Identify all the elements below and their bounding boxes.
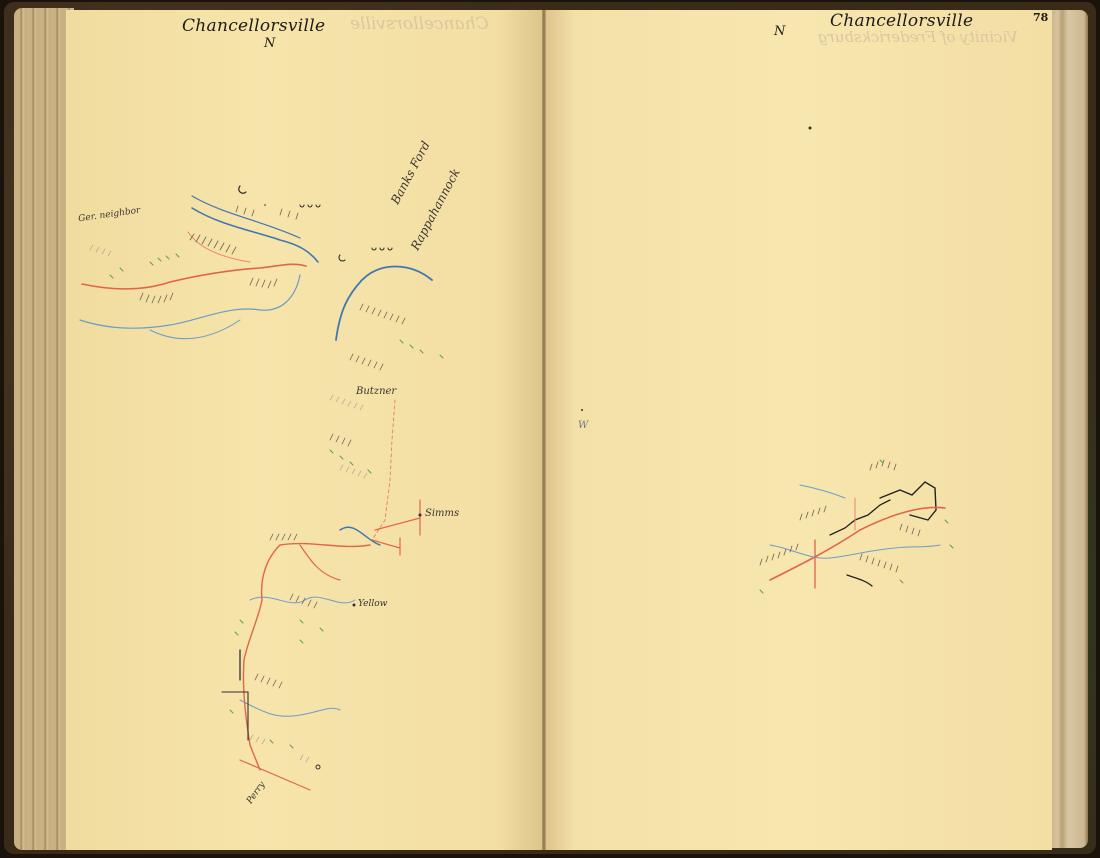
open-sketchbook: Chancellorsville Chancellorsville N Ger.… xyxy=(0,0,1100,858)
left-page-stack xyxy=(14,8,74,850)
right-page xyxy=(544,10,1052,850)
label-butzner: Butzner xyxy=(356,386,396,397)
label-simms: Simms xyxy=(425,508,459,519)
right-ghost-text: Vicinity of Fredericksburg xyxy=(818,28,1018,46)
right-page-stack xyxy=(1048,10,1088,848)
right-north-marker: N xyxy=(774,24,785,39)
label-yellow: Yellow xyxy=(358,599,387,609)
book-gutter xyxy=(542,10,546,850)
margin-mark: W xyxy=(578,420,588,431)
left-page-title: Chancellorsville xyxy=(182,16,325,36)
page-number: 78 xyxy=(1033,11,1048,24)
left-ghost-text: Chancellorsville xyxy=(350,14,489,34)
left-page xyxy=(66,10,544,850)
left-north-marker: N xyxy=(264,36,275,51)
